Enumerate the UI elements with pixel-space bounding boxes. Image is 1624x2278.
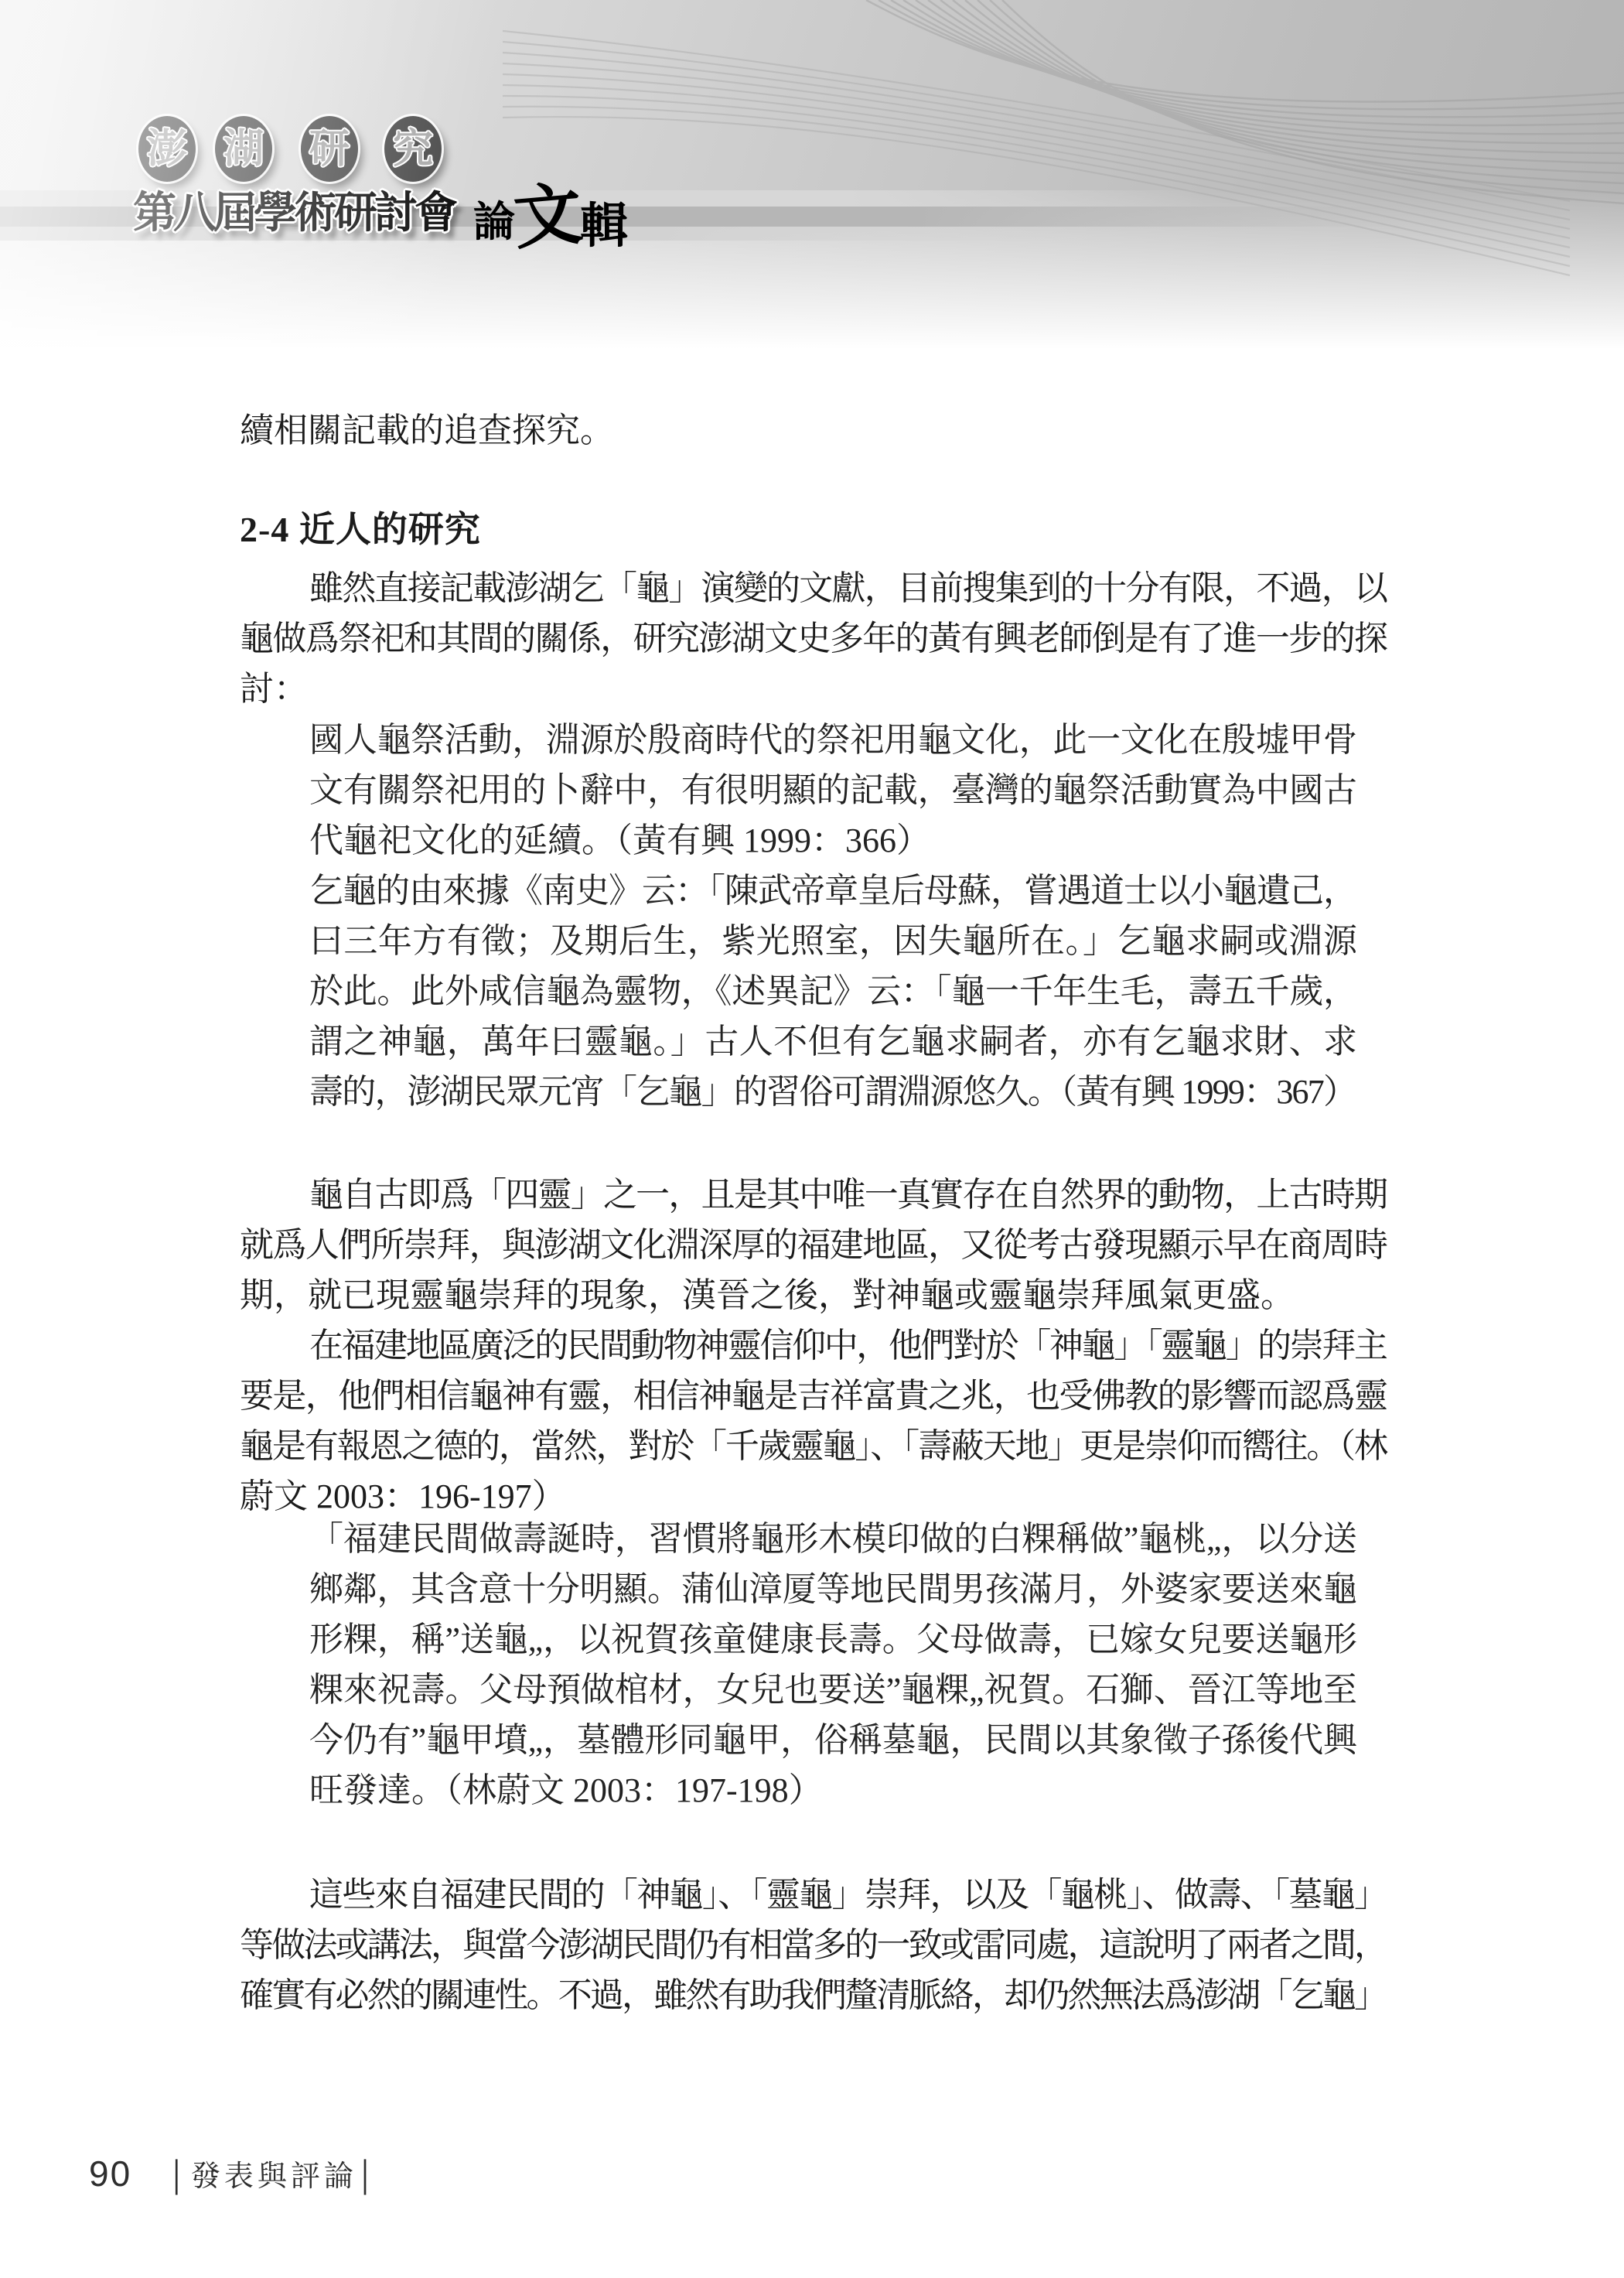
- quote-line: 壽的，澎湖民眾元宵「乞龜」的習俗可謂淵源悠久。（黃有興 1999：367）: [309, 1064, 1357, 1113]
- quote-line: 曰三年方有徵；及期后生，紫光照室，因失龜所在。」乞龜求嗣或淵源: [309, 913, 1357, 962]
- quote-line: 謂之神龜，萬年曰靈龜。」古人不但有乞龜求嗣者，亦有乞龜求財、求: [309, 1013, 1357, 1063]
- logo-badge: 研: [301, 116, 358, 182]
- paragraph-line: 等做法或講法，與當今澎湖民間仍有相當多的一致或雷同處，這說明了兩者之間，: [240, 1917, 1388, 1966]
- continuation-line: 續相關記載的追查探究。: [240, 402, 1388, 452]
- quote-line: 今仍有”龜甲墳„，墓體形同龜甲，俗稱墓龜，民間以其象徵子孫後代興: [309, 1712, 1357, 1761]
- quote-line: 於此。此外咸信龜為靈物，《述異記》云：「龜一千年生毛，壽五千歲，: [309, 963, 1357, 1013]
- page-header: 澎 湖 研 究 第八屆學術研討會 論 文 輯: [0, 0, 1624, 364]
- proceedings-script-title: 論 文 輯: [473, 164, 628, 261]
- header-stripe-faint: [0, 227, 1083, 241]
- logo-char: 研: [309, 129, 350, 169]
- logo-char: 究: [393, 129, 433, 169]
- paragraph-line: 要是，他們相信龜神有靈，相信神龜是吉祥富貴之兆，也受佛教的影響而認爲靈: [240, 1368, 1388, 1417]
- quote-line: 旺發達。（林蔚文 2003：197-198）: [309, 1762, 1357, 1812]
- header-stripe-dark: [0, 207, 1407, 227]
- quote-line: 代龜祀文化的延續。（黃有興 1999：366）: [309, 812, 1357, 862]
- script-char: 輯: [580, 187, 628, 256]
- ribbon-mesh-decoration: [503, 0, 1624, 333]
- quote-line: 鄉鄰，其含意十分明顯。蒲仙漳厦等地民間男孩滿月，外婆家要送來龜: [309, 1561, 1357, 1610]
- paragraph-line: 就爲人們所崇拜，與澎湖文化淵深厚的福建地區，又從考古發現顯示早在商周時: [240, 1217, 1388, 1266]
- quote-line: 「福建民間做壽誕時，習慣將龜形木模印做的白粿稱做”龜桃„，以分送: [309, 1511, 1357, 1560]
- quote-line: 乞龜的由來據《南史》云：「陳武帝章皇后母蘇，嘗遇道士以小龜遺己，: [309, 862, 1357, 912]
- paragraph-line: 確實有必然的關連性。不過，雖然有助我們釐清脈絡，却仍然無法爲澎湖「乞龜」: [240, 1967, 1388, 2017]
- logo-char: 澎: [147, 129, 187, 169]
- scanned-paper-page: 澎 湖 研 究 第八屆學術研討會 論 文 輯 續相關記載的追查探究。 2-4 近…: [0, 0, 1624, 2278]
- quote-line: 國人龜祭活動，淵源於殷商時代的祭祀用龜文化，此一文化在殷墟甲骨: [309, 712, 1357, 761]
- paragraph-line: 討：: [240, 661, 1388, 710]
- paragraph-line: 在福建地區廣泛的民間動物神靈信仰中，他們對於「神龜」「靈龜」的崇拜主: [240, 1317, 1388, 1367]
- paragraph-line: 龜自古即爲「四靈」之一，且是其中唯一真實存在自然界的動物，上古時期: [240, 1166, 1388, 1216]
- script-char: 論: [473, 189, 515, 248]
- paragraph-line: 龜是有報恩之德的，當然，對於「千歲靈龜」、「壽蔽天地」更是崇仰而嚮往。（林: [240, 1418, 1388, 1467]
- paragraph-line: 雖然直接記載澎湖乞「龜」演變的文獻，目前搜集到的十分有限，不過，以: [240, 560, 1388, 610]
- page-footer: 90 │發表與評論│: [89, 2152, 380, 2194]
- logo-badge: 湖: [215, 116, 272, 182]
- page-number: 90: [89, 2153, 131, 2194]
- quote-line: 形粿，稱”送龜„，以祝賀孩童健康長壽。父母做壽，已嫁女兒要送龜形: [309, 1611, 1357, 1661]
- quote-line: 粿來祝壽。父母預做棺材，女兒也要送”龜粿„祝賀。石獅、晉江等地至: [309, 1662, 1357, 1711]
- paragraph-line: 這些來自福建民間的「神龜」、「靈龜」崇拜，以及「龜桃」、做壽、「墓龜」: [240, 1866, 1388, 1916]
- paragraph-line: 龜做爲祭祀和其間的關係，研究澎湖文史多年的黃有興老師倒是有了進一步的探: [240, 610, 1388, 660]
- paragraph-line: 期，就已現靈龜崇拜的現象，漢晉之後，對神龜或靈龜崇拜風氣更盛。: [240, 1267, 1388, 1317]
- header-stripe-light: [0, 190, 1206, 207]
- logo-badge: 究: [384, 116, 442, 182]
- quote-line: 文有關祭祀用的卜辭中，有很明顯的記載，臺灣的龜祭活動實為中國古: [309, 762, 1357, 811]
- logo-char: 湖: [223, 129, 264, 169]
- footer-section-label: │發表與評論│: [169, 2152, 380, 2194]
- section-heading: 2-4 近人的研究: [240, 501, 481, 552]
- conference-subtitle: 第八屆學術研討會: [133, 188, 455, 237]
- logo-badge: 澎: [138, 116, 196, 182]
- script-char: 文: [510, 159, 586, 262]
